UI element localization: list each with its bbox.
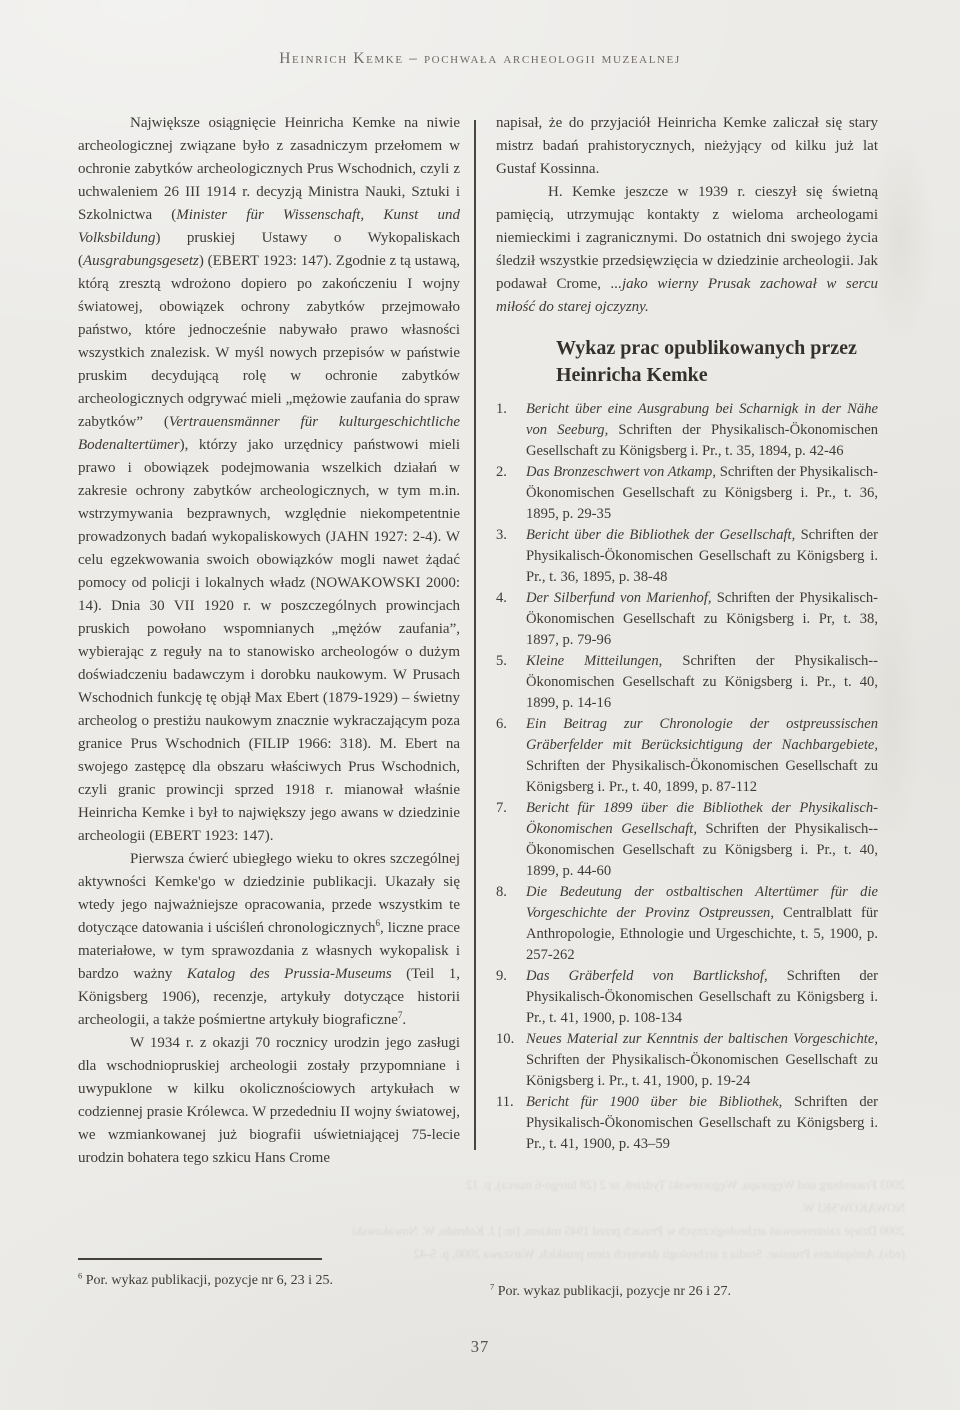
publication-text: Die Bedeutung der ostbaltischen Altertüm… xyxy=(526,882,878,966)
publication-number: 9. xyxy=(496,966,526,1029)
bleedthrough-line: 2003 Frauenburg und Węgorapa, Węgorzewsk… xyxy=(55,1176,905,1195)
publication-list: 1.Bericht über eine Ausgrabung bei Schar… xyxy=(496,399,878,1155)
publication-text: Der Silberfund von Marienhof, Schriften … xyxy=(526,588,878,651)
paragraph: W 1934 r. z okazji 70 rocznicy urodzin j… xyxy=(78,1032,460,1170)
footnote-text: Por. wykaz publikacji, pozycje nr 6, 23 … xyxy=(86,1273,333,1288)
running-header: Heinrich Kemke – pochwała archeologii mu… xyxy=(0,50,960,68)
publication-text: Bericht für 1900 über bie Bibliothek, Sc… xyxy=(526,1092,878,1155)
scanned-document-page: Heinrich Kemke – pochwała archeologii mu… xyxy=(0,0,960,1410)
publication-item: 10.Neues Material zur Kenntnis der balti… xyxy=(496,1029,878,1092)
publication-list-heading: Wykaz prac opublikowanych przez Heinrich… xyxy=(496,335,878,389)
footnote-marker: 6 xyxy=(78,1271,82,1280)
publication-item: 5.Kleine Mitteilungen, Schriften der Phy… xyxy=(496,651,878,714)
paragraph: Pierwsza ćwierć ubiegłego wieku to okres… xyxy=(78,848,460,1032)
publication-number: 2. xyxy=(496,462,526,525)
publication-item: 8.Die Bedeutung der ostbaltischen Altert… xyxy=(496,882,878,966)
two-column-layout: Największe osiągnięcie Heinricha Kemke n… xyxy=(78,112,878,1170)
publication-item: 3.Bericht über die Bibliothek der Gesell… xyxy=(496,525,878,588)
publication-item: 6.Ein Beitrag zur Chronologie der ostpre… xyxy=(496,714,878,798)
publication-text: Bericht über die Bibliothek der Gesellsc… xyxy=(526,525,878,588)
publication-number: 10. xyxy=(496,1029,526,1092)
page-bleedthrough-text: 2003 Frauenburg und Węgorapa, Węgorzewsk… xyxy=(55,1176,905,1268)
page-number: 37 xyxy=(0,1337,960,1357)
publication-text: Neues Material zur Kenntnis der baltisch… xyxy=(526,1029,878,1092)
publication-number: 5. xyxy=(496,651,526,714)
publication-text: Ein Beitrag zur Chronologie der ostpreus… xyxy=(526,714,878,798)
footnote-6: 6 Por. wykaz publikacji, pozycje nr 6, 2… xyxy=(78,1271,488,1290)
paragraph: Największe osiągnięcie Heinricha Kemke n… xyxy=(78,112,460,848)
bleedthrough-line: NOWAKOWSKI W. xyxy=(55,1199,905,1218)
footnote-marker: 7 xyxy=(490,1282,494,1291)
bleedthrough-line: (eds), Antiquitates Prussiae. Studia z a… xyxy=(55,1245,905,1264)
paragraph: napisał, że do przyjaciół Heinricha Kemk… xyxy=(496,112,878,181)
paragraph: H. Kemke jeszcze w 1939 r. cieszył się ś… xyxy=(496,181,878,319)
publication-text: Bericht über eine Ausgrabung bei Scharni… xyxy=(526,399,878,462)
publication-item: 1.Bericht über eine Ausgrabung bei Schar… xyxy=(496,399,878,462)
publication-item: 7.Bericht für 1899 über die Bibliothek d… xyxy=(496,798,878,882)
footnote-7: 7 Por. wykaz publikacji, pozycje nr 26 i… xyxy=(490,1282,882,1301)
publication-text: Das Gräberfeld von Bartlickshof, Schrift… xyxy=(526,966,878,1029)
publication-item: 4.Der Silberfund von Marienhof, Schrifte… xyxy=(496,588,878,651)
publication-number: 1. xyxy=(496,399,526,462)
publication-item: 11.Bericht für 1900 über bie Bibliothek,… xyxy=(496,1092,878,1155)
column-divider-rule xyxy=(474,120,476,1150)
publication-item: 2.Das Bronzeschwert von Atkamp, Schrifte… xyxy=(496,462,878,525)
publication-number: 6. xyxy=(496,714,526,798)
bleedthrough-line: 2000 Dzieje zainteresowań archeologiczny… xyxy=(55,1222,905,1241)
publication-number: 4. xyxy=(496,588,526,651)
publication-number: 8. xyxy=(496,882,526,966)
publication-number: 11. xyxy=(496,1092,526,1155)
publication-number: 3. xyxy=(496,525,526,588)
publication-text: Das Bronzeschwert von Atkamp, Schriften … xyxy=(526,462,878,525)
footnote-text: Por. wykaz publikacji, pozycje nr 26 i 2… xyxy=(498,1284,731,1299)
right-column: napisał, że do przyjaciół Heinricha Kemk… xyxy=(496,112,878,1170)
publication-number: 7. xyxy=(496,798,526,882)
left-column: Największe osiągnięcie Heinricha Kemke n… xyxy=(78,112,460,1170)
publication-text: Kleine Mitteilungen, Schriften der Physi… xyxy=(526,651,878,714)
publication-item: 9.Das Gräberfeld von Bartlickshof, Schri… xyxy=(496,966,878,1029)
publication-text: Bericht für 1899 über die Bibliothek der… xyxy=(526,798,878,882)
